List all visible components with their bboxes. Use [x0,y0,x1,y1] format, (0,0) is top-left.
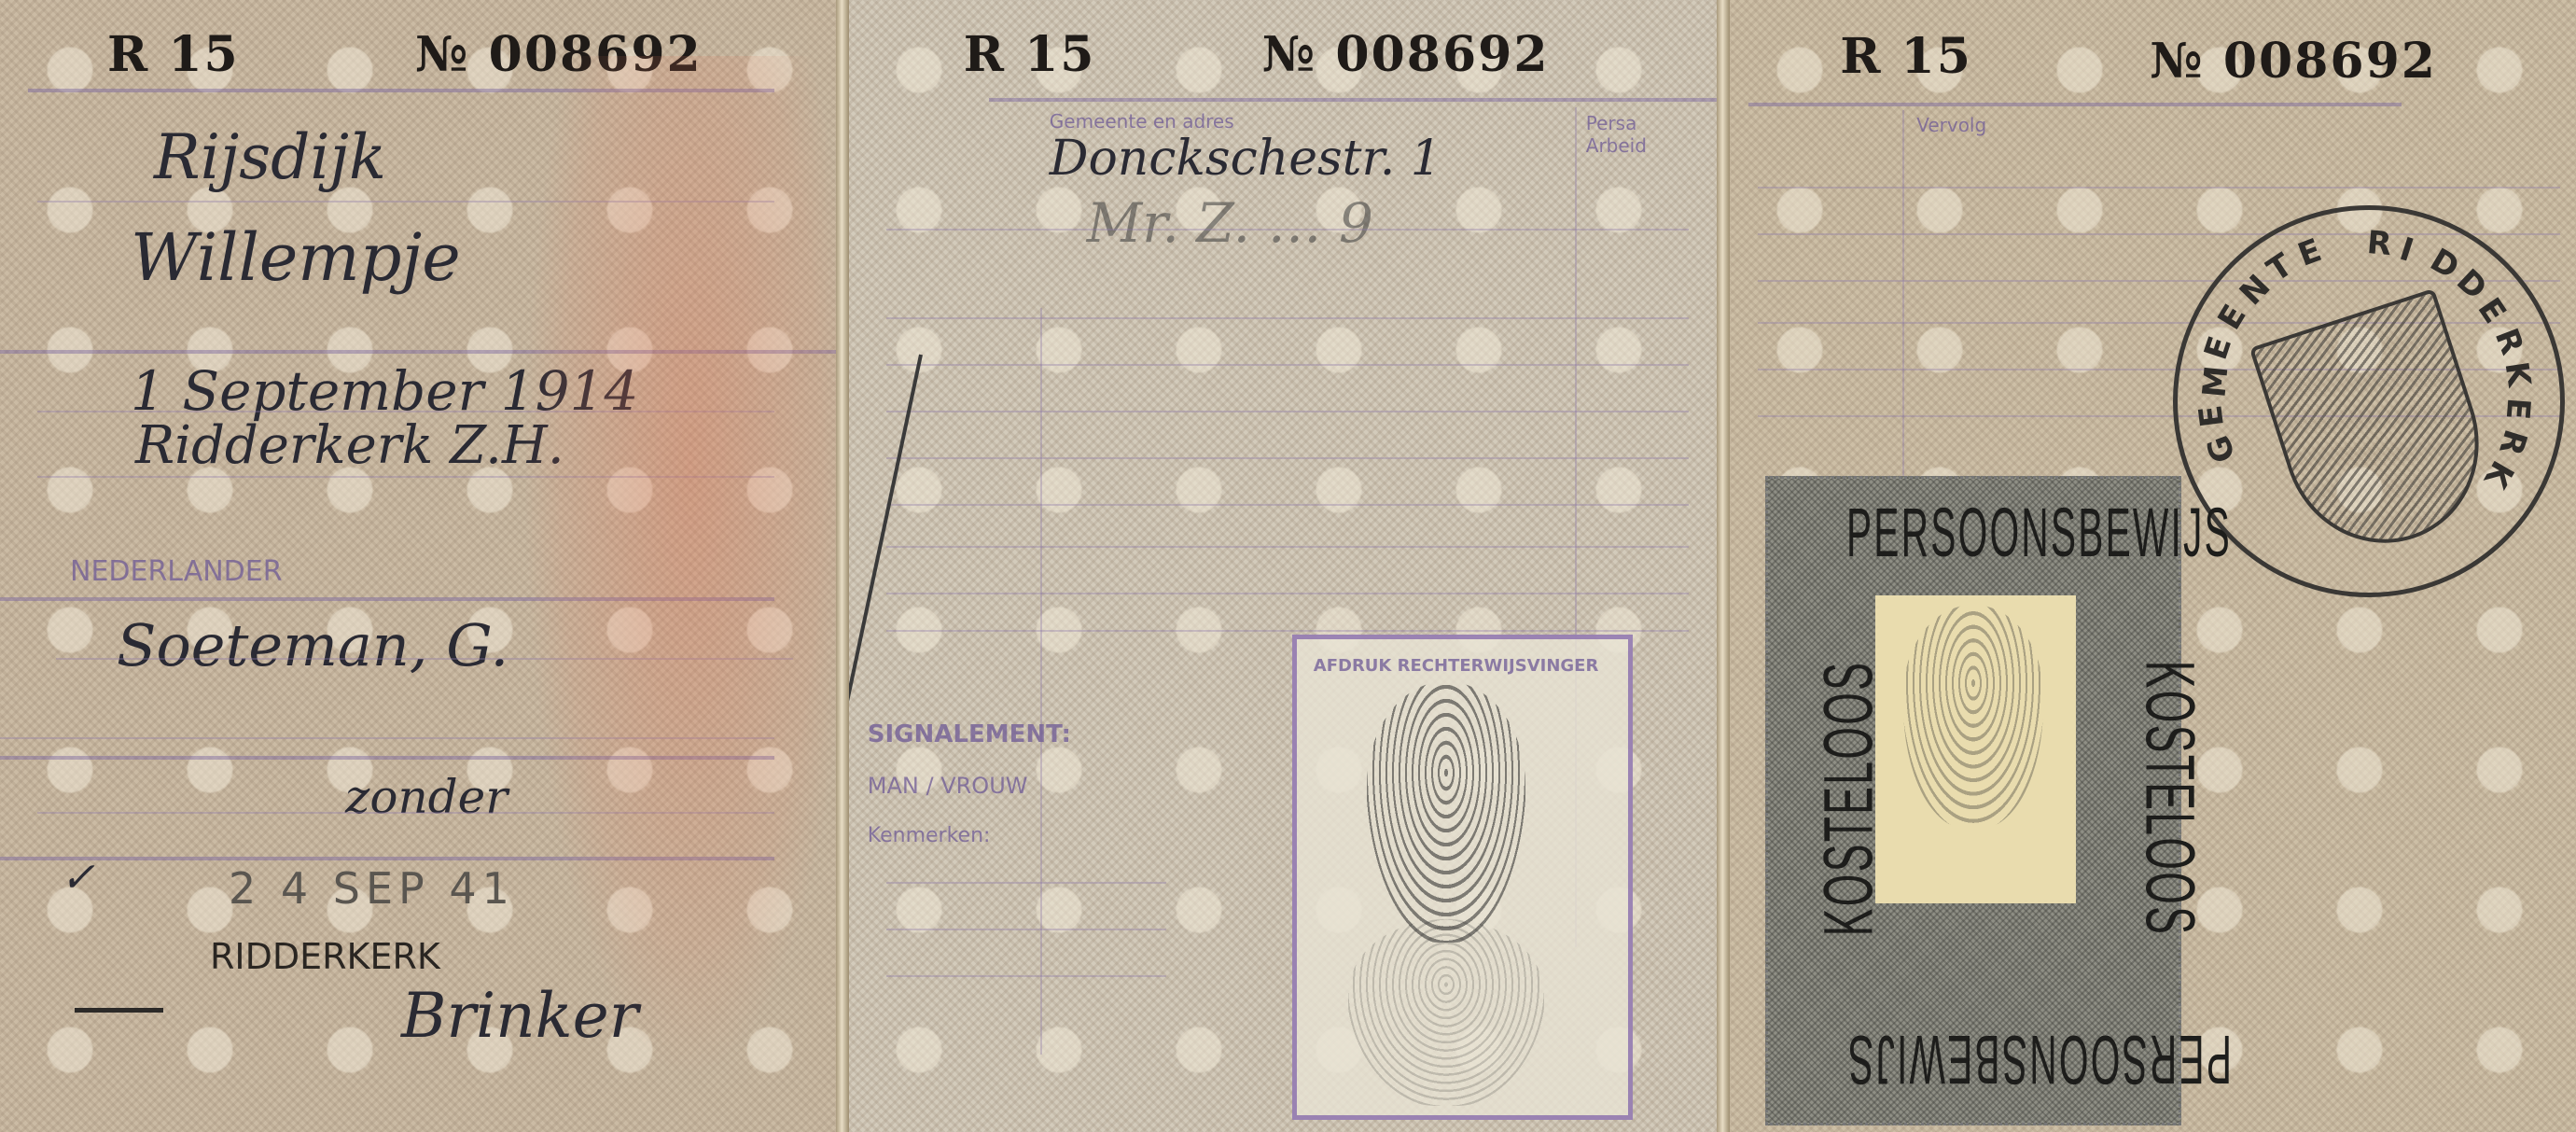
surname: Rijsdijk [154,121,386,193]
stamp-text-bottom: PERSOONSBEWIJS [1846,1020,2232,1099]
coat-of-arms-icon [2249,288,2505,568]
spouse-name: Soeteman, G. [117,611,508,679]
serial-digits: 008692 [1335,26,1549,83]
sex-label: MAN / VROUW [868,773,1028,799]
form-line [886,546,1689,548]
birth-date: 1 September 1914 [131,359,638,423]
serial-digits: 008692 [2223,33,2437,90]
form-line [1758,187,2560,189]
form-line [0,350,836,354]
form-line [886,457,1689,459]
nationality: NEDERLANDER [70,555,283,588]
form-line [37,411,774,412]
number-sign: № [415,26,470,83]
form-line [886,630,1689,632]
form-line [56,658,793,660]
fingerprint-icon [1348,919,1544,1106]
form-line [886,593,1689,594]
form-line [886,364,1689,366]
form-line [37,201,774,203]
serial-digits: 008692 [489,26,703,83]
form-line [886,929,1166,930]
number-sign: № [2150,33,2205,90]
fingerprint-label: AFDRUK RECHTERWIJSVINGER [1314,656,1599,676]
serial-number: № 008692 [1262,26,1550,83]
number-sign: № [1262,26,1317,83]
header-rule [1748,103,2402,106]
form-line [886,317,1689,319]
form-line [886,229,1689,231]
form-line [37,812,774,814]
seal-letter: M [2195,364,2235,399]
official-signature: Brinker [401,980,638,1052]
column-divider [1040,308,1042,1055]
seal-letter: E [2192,403,2232,429]
form-line [0,756,774,760]
form-line [0,737,774,739]
stamp-window [1875,595,2076,903]
stamp-text-top: PERSOONSBEWIJS [1846,493,2232,572]
form-line [0,597,774,601]
dash-mark [75,1008,163,1013]
stamp-text-right: KOSTELOOS [2131,661,2210,936]
seal-letter: E [2498,397,2537,421]
header-rule [28,89,774,92]
form-line [886,975,1166,977]
series-code: R 15 [964,26,1096,83]
fold-crease [836,0,849,1132]
fingerprint-box: AFDRUK RECHTERWIJSVINGER [1292,635,1633,1120]
form-line [886,504,1689,506]
given-names: Willempje [131,219,461,296]
fingerprint-icon [1367,681,1525,943]
revenue-stamp: PERSOONSBEWIJS PERSOONSBEWIJS KOSTELOOS … [1765,476,2181,1125]
form-line [0,857,774,860]
issue-place-stamp: RIDDERKERK [210,936,440,977]
series-code: R 15 [1840,28,1972,85]
stamp-text-left: KOSTELOOS [1809,661,1888,936]
panel-seal-stamp: R 15 № 008692 Vervolg PERSOONSBEWIJS PER… [1730,0,2576,1132]
form-line [886,882,1166,884]
remarks-handwritten: zonder [345,770,508,824]
seal-letter: R [2365,224,2393,263]
series-code: R 15 [107,26,240,83]
birth-place: Ridderkerk Z.H. [135,415,564,476]
fold-crease [1717,0,1730,1132]
check-mark: ✓ [61,854,95,901]
serial-number: № 008692 [2150,33,2437,90]
panel-address-description: R 15 № 008692 Gemeente en adres Persa Ar… [849,0,1718,1132]
address: Donckschestr. 1 [1050,131,1441,187]
continuation-label: Vervolg [1916,114,1986,136]
serial-number: № 008692 [415,26,703,83]
header-rule [989,98,1717,102]
panel-personal-details: R 15 № 008692 Rijsdijk Willempje 1 Septe… [0,0,836,1132]
address-label: Gemeente en adres [1050,110,1234,133]
description-label: SIGNALEMENT: [868,720,1071,748]
address-scrawl: Mr. Z. … 9 [1087,191,1373,255]
form-line [37,476,774,478]
identity-card-scan: R 15 № 008692 Rijsdijk Willempje 1 Septe… [0,0,2576,1132]
labour-label: Persa Arbeid [1586,112,1642,157]
features-label: Kenmerken: [868,824,991,847]
fingerprint-icon [1903,605,2043,829]
form-line [886,411,1689,412]
issue-date-stamp: 2 4 SEP 41 [229,863,515,914]
